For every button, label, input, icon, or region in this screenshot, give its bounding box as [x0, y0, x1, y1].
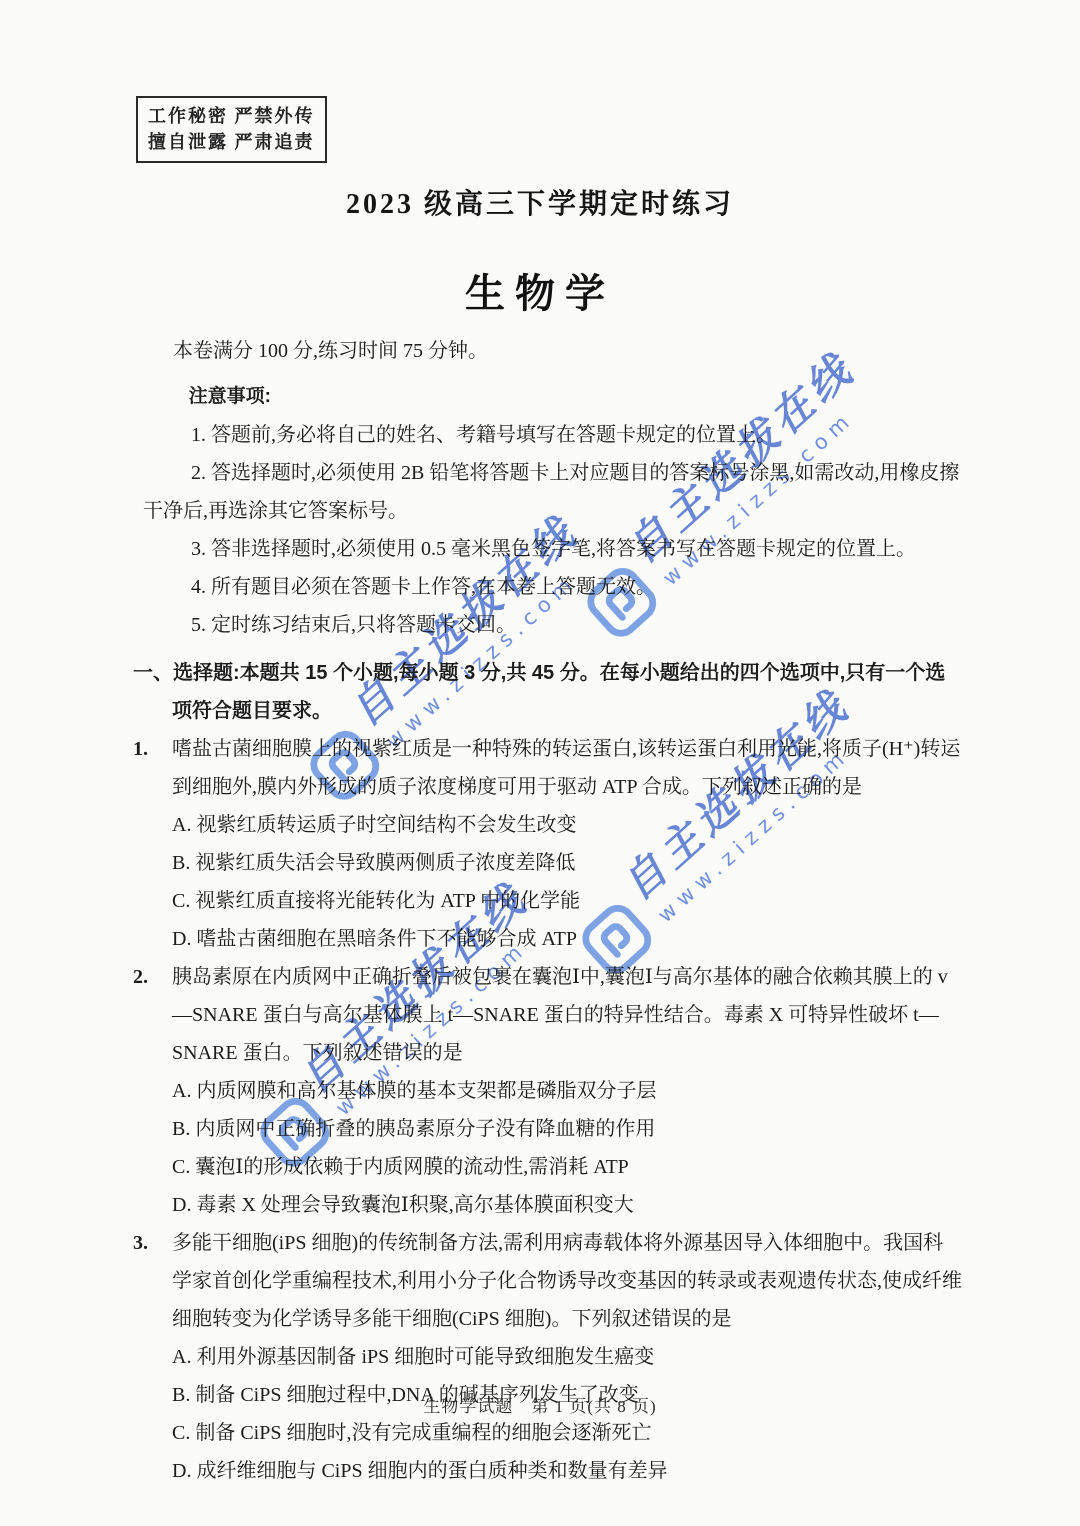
notice-item: 2. 答选择题时,必须使用 2B 铅笔将答题卡上对应题目的答案标号涂黑,如需改动…	[143, 454, 963, 530]
option-c: C. 制备 CiPS 细胞时,没有完成重编程的细胞会逐渐死亡	[172, 1414, 963, 1452]
subject-title: 生物学	[0, 262, 1080, 319]
option-c: C. 视紫红质直接将光能转化为 ATP 中的化学能	[172, 882, 963, 920]
header: 2023 级高三下学期定时练习 生物学	[0, 182, 1080, 319]
confidentiality-line-2: 擅自泄露 严肃追责	[148, 129, 315, 155]
option-b: B. 内质网中正确折叠的胰岛素原分子没有降血糖的作用	[172, 1110, 963, 1148]
section-header: 一、选择题:本题共 15 个小题,每小题 3 分,共 45 分。在每小题给出的四…	[133, 654, 963, 730]
notice-item: 4. 所有题目必须在答题卡上作答,在本卷上答题无效。	[143, 568, 963, 606]
exam-body: 本卷满分 100 分,练习时间 75 分钟。 注意事项: 1. 答题前,务必将自…	[133, 332, 963, 1490]
exam-info: 本卷满分 100 分,练习时间 75 分钟。	[133, 332, 963, 370]
option-d: D. 嗜盐古菌细胞在黑暗条件下不能够合成 ATP	[172, 920, 963, 958]
exam-page: 工作秘密 严禁外传 擅自泄露 严肃追责 2023 级高三下学期定时练习 生物学 …	[0, 0, 1080, 1526]
option-a: A. 内质网膜和高尔基体膜的基本支架都是磷脂双分子层	[172, 1072, 963, 1110]
question-stem: 嗜盐古菌细胞膜上的视紫红质是一种特殊的转运蛋白,该转运蛋白利用光能,将质子(H⁺…	[172, 730, 963, 806]
notice-heading: 注意事项:	[143, 378, 963, 416]
notice-item: 3. 答非选择题时,必须使用 0.5 毫米黑色签字笔,将答案书写在答题卡规定的位…	[143, 530, 963, 568]
option-a: A. 视紫红质转运质子时空间结构不会发生改变	[172, 806, 963, 844]
question-stem: 胰岛素原在内质网中正确折叠后被包裹在囊泡Ⅰ中,囊泡Ⅰ与高尔基体的融合依赖其膜上的…	[172, 958, 963, 1072]
exam-title: 2023 级高三下学期定时练习	[0, 182, 1080, 222]
option-b: B. 视紫红质失活会导致膜两侧质子浓度差降低	[172, 844, 963, 882]
question-number: 2.	[133, 958, 148, 996]
notice-item: 5. 定时练习结束后,只将答题卡交回。	[143, 606, 963, 644]
notice-item: 1. 答题前,务必将自己的姓名、考籍号填写在答题卡规定的位置上。	[143, 416, 963, 454]
option-d: D. 毒素 X 处理会导致囊泡Ⅰ积聚,高尔基体膜面积变大	[172, 1186, 963, 1224]
question-number: 3.	[133, 1224, 148, 1262]
notice-section: 注意事项: 1. 答题前,务必将自己的姓名、考籍号填写在答题卡规定的位置上。 2…	[133, 378, 963, 644]
confidentiality-line-1: 工作秘密 严禁外传	[148, 103, 315, 129]
page-footer: 生物学试题 第 1 页(共 8 页)	[0, 1392, 1080, 1417]
question-stem: 多能干细胞(iPS 细胞)的传统制备方法,需利用病毒载体将外源基因导入体细胞中。…	[172, 1224, 963, 1338]
question-number: 1.	[133, 730, 148, 768]
option-c: C. 囊泡Ⅰ的形成依赖于内质网膜的流动性,需消耗 ATP	[172, 1148, 963, 1186]
option-d: D. 成纤维细胞与 CiPS 细胞内的蛋白质种类和数量有差异	[172, 1452, 963, 1490]
question-3: 3. 多能干细胞(iPS 细胞)的传统制备方法,需利用病毒载体将外源基因导入体细…	[133, 1224, 963, 1490]
question-1: 1. 嗜盐古菌细胞膜上的视紫红质是一种特殊的转运蛋白,该转运蛋白利用光能,将质子…	[133, 730, 963, 958]
option-a: A. 利用外源基因制备 iPS 细胞时可能导致细胞发生癌变	[172, 1338, 963, 1376]
confidentiality-stamp: 工作秘密 严禁外传 擅自泄露 严肃追责	[136, 96, 327, 163]
question-2: 2. 胰岛素原在内质网中正确折叠后被包裹在囊泡Ⅰ中,囊泡Ⅰ与高尔基体的融合依赖其…	[133, 958, 963, 1224]
